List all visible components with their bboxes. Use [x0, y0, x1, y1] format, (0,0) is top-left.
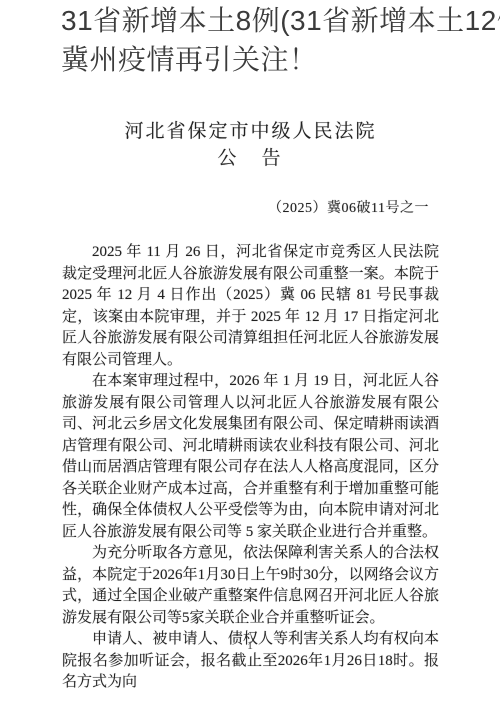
headline-line-2: 冀州疫情再引关注！: [61, 40, 500, 79]
article-page: { "headline": { "line1": "31省新增本土8例(31省新…: [0, 0, 500, 707]
article-headline: 31省新增本土8例(31省新增本土12例), 冀州疫情再引关注！: [61, 1, 500, 79]
court-announcement-document: 河北省保定市中级人民法院 公 告 （2025）冀06破11号之一 2025 年 …: [62, 120, 439, 694]
announcement-title: 公 告: [62, 147, 439, 170]
announcement-paragraph-1: 2025 年 11 月 26 日，河北省保定市竞秀区人民法院裁定受理河北匠人谷旅…: [62, 242, 439, 371]
court-name: 河北省保定市中级人民法院: [62, 120, 439, 143]
announcement-body: 2025 年 11 月 26 日，河北省保定市竞秀区人民法院裁定受理河北匠人谷旅…: [62, 242, 439, 694]
page-number: 1: [0, 638, 500, 653]
announcement-paragraph-3: 为充分听取各方意见，依法保障利害关系人的合法权益，本院定于2026年1月30日上…: [62, 543, 439, 629]
case-number: （2025）冀06破11号之一: [62, 200, 439, 217]
headline-line-1: 31省新增本土8例(31省新增本土12例),: [61, 1, 500, 40]
announcement-paragraph-2: 在本案审理过程中，2026 年 1 月 19 日，河北匠人谷旅游发展有限公司管理…: [62, 371, 439, 543]
